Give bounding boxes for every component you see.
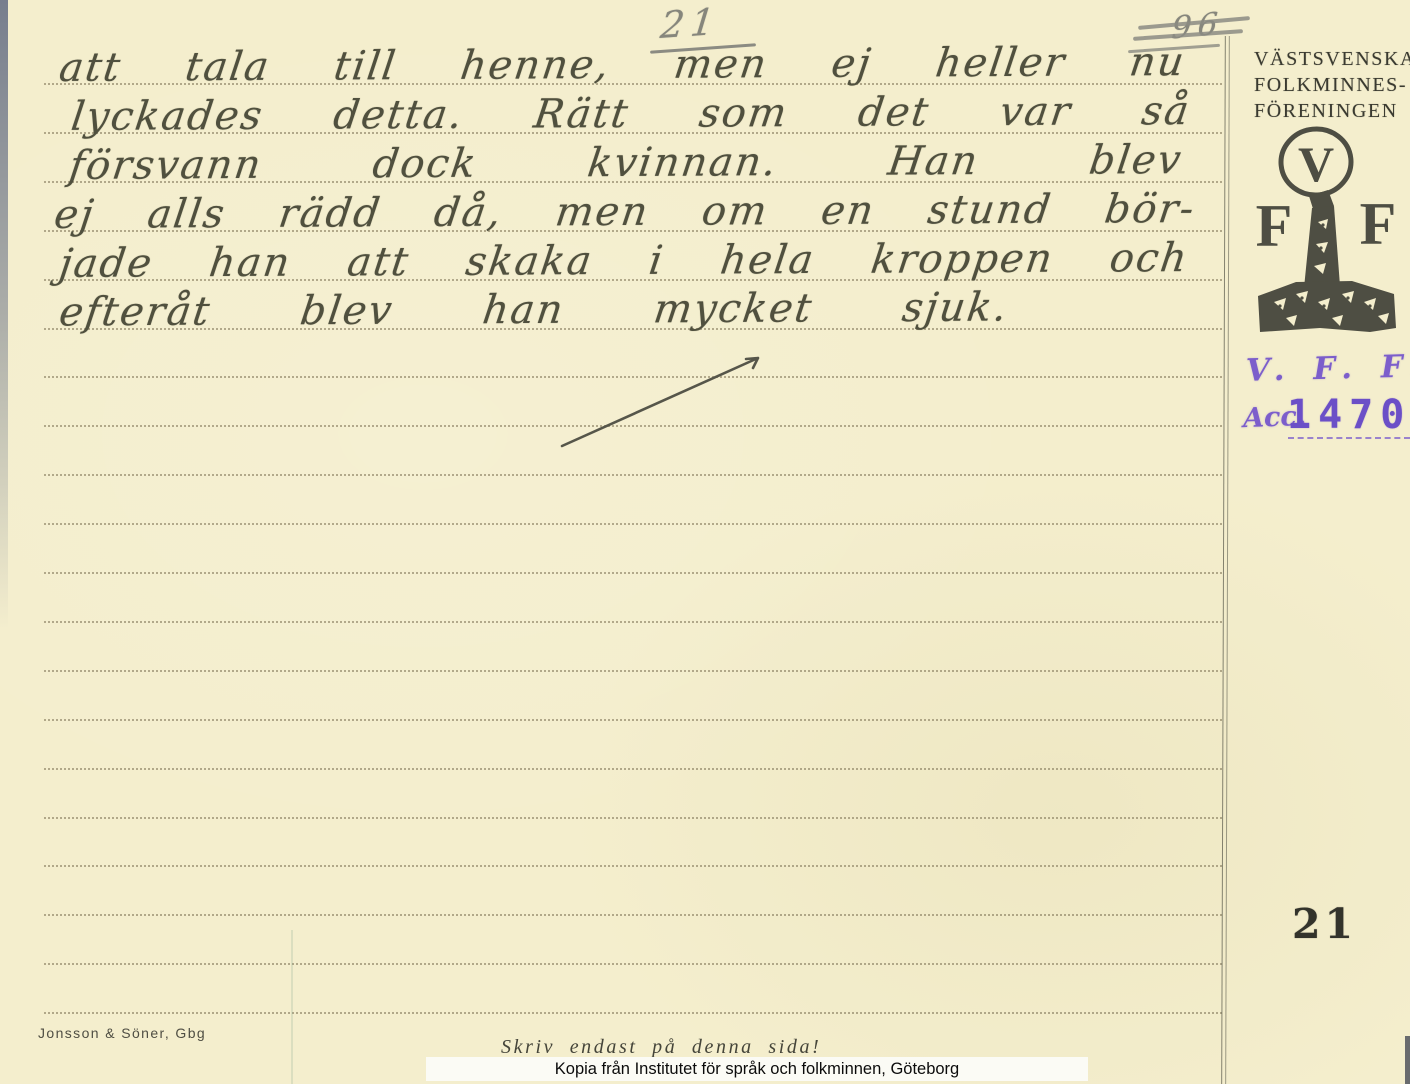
logo-letter-f-right: F [1360,191,1397,257]
ruled-line [44,768,1222,770]
ruled-line [44,817,1222,819]
handwriting-text: försvann dock kvinnan. Han blev [67,139,1185,187]
logo-letter-f-left: F [1256,193,1293,259]
thors-hammer-logo-icon: V F F [1250,126,1402,350]
ruled-line [44,719,1222,721]
ruled-line [44,865,1222,867]
printer-imprint: Jonsson & Söner, Gbg [38,1025,206,1041]
handwriting-line: försvann dock kvinnan. Han blev [67,139,1185,187]
page-number-stamp: 21 [1292,900,1357,948]
logo-letter-v: V [1298,136,1334,192]
handwriting-text: ej alls rädd då, men om en stund bör- [52,188,1199,236]
letterhead-org-name: VÄSTSVENSKA FOLKMINNES- FÖRENINGEN [1254,46,1410,124]
ruled-line [44,572,1222,574]
archive-copy-strip: Kopia från Institutet för språk och folk… [426,1057,1088,1081]
vff-ink-stamp: V. F. F... [1246,347,1410,389]
paper-crease-line [291,930,293,1084]
handwriting-line: att tala till henne, men ej heller nu [57,41,1188,89]
scan-edge-shadow-left [0,0,8,700]
handwriting-text: jade han att skaka i hela kroppen och [57,237,1191,285]
handwriting-line: jade han att skaka i hela kroppen och [57,237,1191,285]
handwriting-line: lyckades detta. Rätt som det var så [69,90,1193,138]
scanned-document-page: 21 96 att tala till henne, men ej heller… [0,0,1410,1084]
ruled-line [44,621,1222,623]
ruled-line [44,523,1222,525]
acc-number-stamp: 1470 [1287,392,1410,438]
archive-copy-note: Kopia från Institutet för språk och folk… [555,1060,959,1079]
end-of-text-slash-mark [552,348,772,458]
handwriting-line: efteråt blev han mycket sjuk. [57,287,1011,334]
ruled-line [44,670,1222,672]
handwriting-text: lyckades detta. Rätt som det var så [69,90,1193,138]
org-name-line: VÄSTSVENSKA [1254,46,1410,72]
handwriting-line: ej alls rädd då, men om en stund bör- [52,188,1199,236]
handwriting-text: efteråt blev han mycket sjuk. [57,287,1011,334]
ruled-line [44,963,1222,965]
margin-vertical-rule [1221,36,1230,1084]
acc-dashed-line [1288,437,1410,439]
form-instruction: Skriv endast på denna sida! [501,1036,821,1059]
org-name-line: FOLKMINNES- [1254,72,1410,98]
scan-edge-shadow-right [1405,1036,1410,1084]
pencil-page-number: 21 [658,0,722,47]
ruled-line [44,914,1222,916]
org-name-line: FÖRENINGEN [1254,98,1410,124]
ruled-line [44,474,1222,476]
ruled-line [44,1012,1222,1014]
handwriting-text: att tala till henne, men ej heller nu [57,41,1188,89]
